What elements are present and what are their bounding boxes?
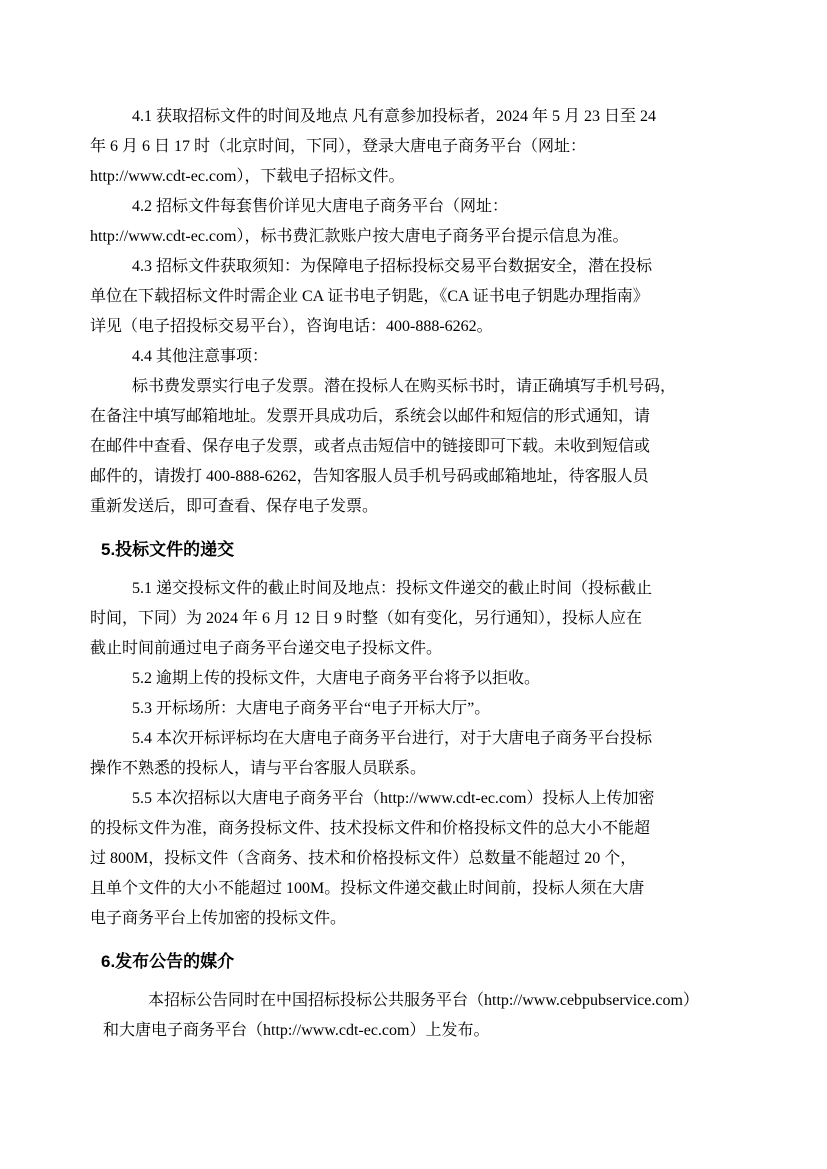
paragraph-5-5: 5.5 本次招标以大唐电子商务平台（http://www.cdt-ec.com）… [90,784,740,934]
document-content: 4.1 获取招标文件的时间及地点 凡有意参加投标者，2024 年 5 月 23 … [90,102,740,1046]
paragraph-5-2: 5.2 逾期上传的投标文件，大唐电子商务平台将予以拒收。 [90,664,740,694]
paragraph-5-4: 5.4 本次开标评标均在大唐电子商务平台进行，对于大唐电子商务平台投标 操作不熟… [90,724,740,784]
paragraph-4-4: 4.4 其他注意事项： [90,342,740,372]
paragraph-4-3: 4.3 招标文件获取须知：为保障电子招标投标交易平台数据安全，潜在投标 单位在下… [90,252,740,342]
section-6-heading: 6.发布公告的媒介 [90,946,740,978]
section-5-heading: 5.投标文件的递交 [90,534,740,566]
paragraph-4-2: 4.2 招标文件每套售价详见大唐电子商务平台（网址： http://www.cd… [90,192,740,252]
paragraph-4-1: 4.1 获取招标文件的时间及地点 凡有意参加投标者，2024 年 5 月 23 … [90,102,740,192]
paragraph-6-media: 本招标公告同时在中国招标投标公共服务平台（http://www.cebpubse… [90,986,740,1046]
paragraph-5-1: 5.1 递交投标文件的截止时间及地点：投标文件递交的截止时间（投标截止 时间，下… [90,574,740,664]
paragraph-4-invoice-notes: 标书费发票实行电子发票。潜在投标人在购买标书时，请正确填写手机号码， 在备注中填… [90,372,740,522]
paragraph-5-3: 5.3 开标场所：大唐电子商务平台“电子开标大厅”。 [90,694,740,724]
document-page: 4.1 获取招标文件的时间及地点 凡有意参加投标者，2024 年 5 月 23 … [0,0,827,1169]
